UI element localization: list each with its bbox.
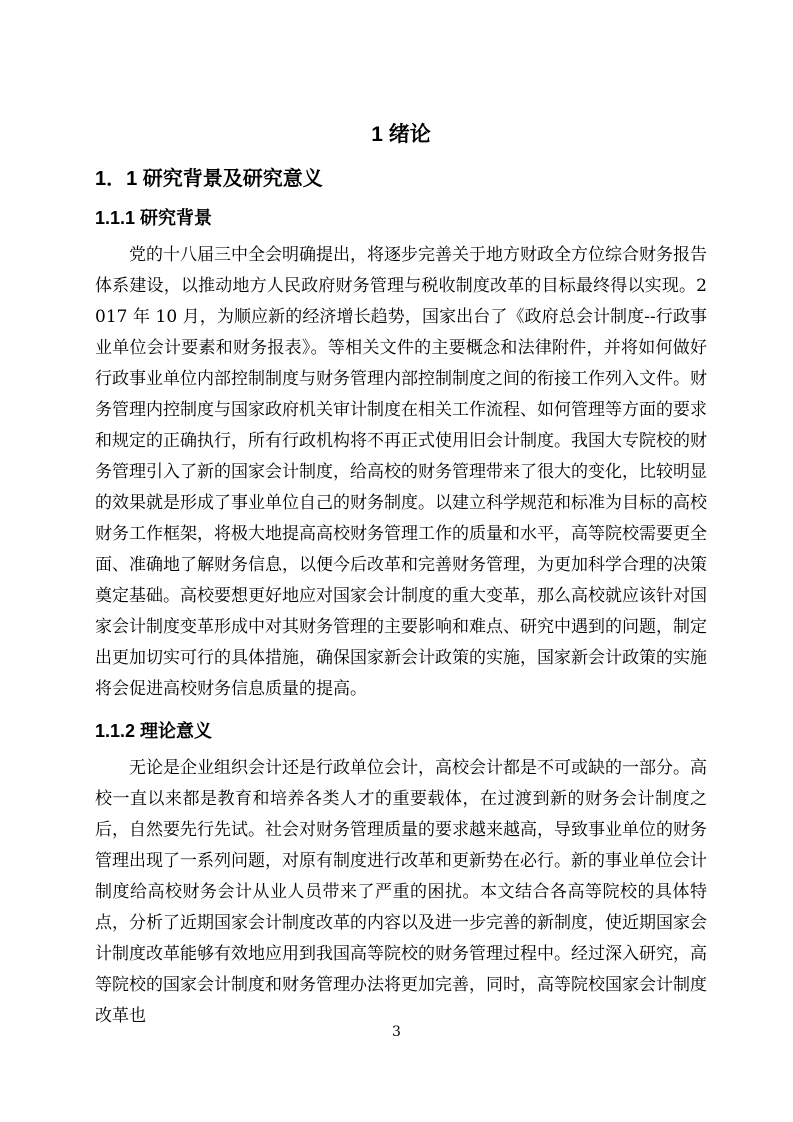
paragraph-theoretical-significance: 无论是企业组织会计还是行政单位会计，高校会计都是不可或缺的一部分。高校一直以来都… <box>95 753 707 1032</box>
subsection-heading-theoretical-significance: 1.1.2 理论意义 <box>95 719 707 744</box>
page-content: 1 绪论 1．1 研究背景及研究意义 1.1.1 研究背景 党的十八届三中全会明… <box>95 121 707 1032</box>
page-number: 3 <box>0 1024 793 1040</box>
document-page: 1 绪论 1．1 研究背景及研究意义 1.1.1 研究背景 党的十八届三中全会明… <box>0 0 793 1122</box>
chapter-title: 1 绪论 <box>95 121 707 148</box>
paragraph-research-background: 党的十八届三中全会明确提出，将逐步完善关于地方财政全方位综合财务报告体系建设，以… <box>95 240 707 705</box>
subsection-heading-research-background: 1.1.1 研究背景 <box>95 206 707 231</box>
section-heading-research-background-and-significance: 1．1 研究背景及研究意义 <box>95 166 707 192</box>
